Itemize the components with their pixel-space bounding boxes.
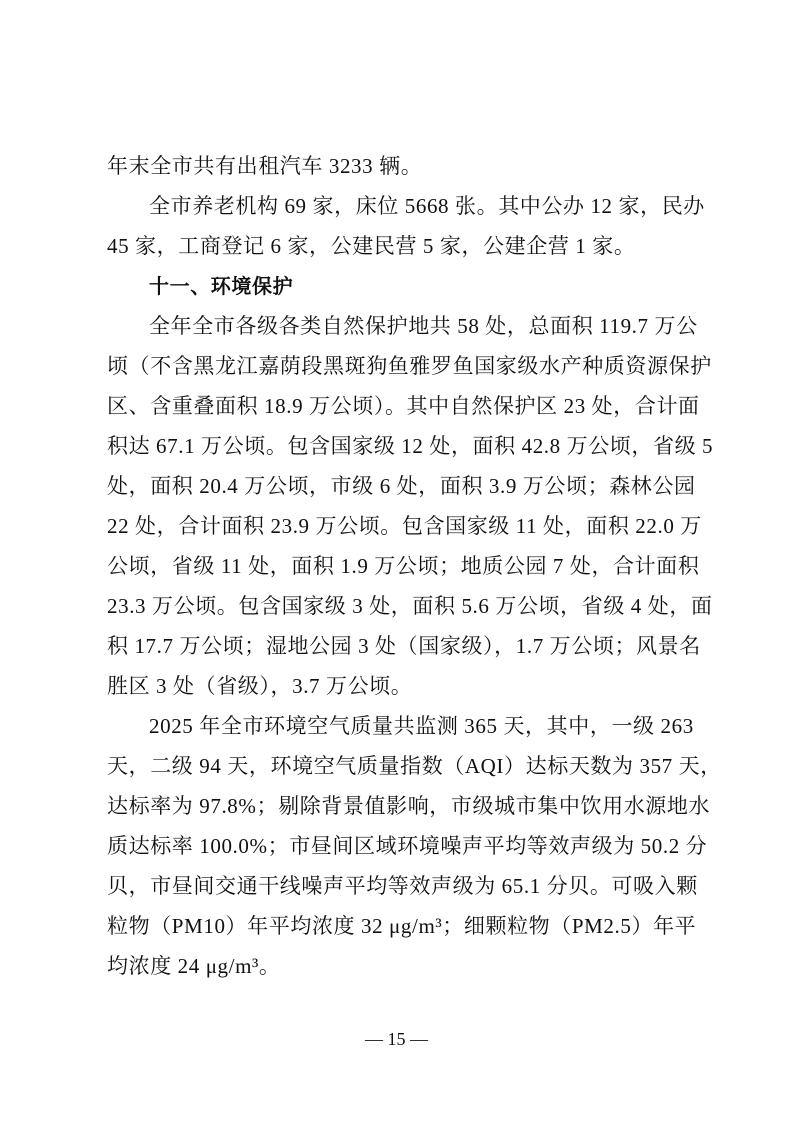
paragraph-line: 积 17.7 万公顷；湿地公园 3 处（国家级），1.7 万公顷；风景名	[107, 626, 693, 666]
paragraph-line: 处，面积 20.4 万公顷，市级 6 处，面积 3.9 万公顷；森林公园	[107, 466, 693, 506]
paragraph-line: 全年全市各级各类自然保护地共 58 处，总面积 119.7 万公	[107, 306, 693, 346]
paragraph-line: 粒物（PM10）年平均浓度 32 μg/m³；细颗粒物（PM2.5）年平	[107, 906, 693, 946]
paragraph-line: 23.3 万公顷。包含国家级 3 处，面积 5.6 万公顷，省级 4 处，面	[107, 586, 693, 626]
paragraph-line: 区、含重叠面积 18.9 万公顷）。其中自然保护区 23 处，合计面	[107, 386, 693, 426]
paragraph-line: 均浓度 24 μg/m³。	[107, 946, 693, 986]
document-page: 年末全市共有出租汽车 3233 辆。 全市养老机构 69 家，床位 5668 张…	[0, 0, 793, 1122]
paragraph-line: 2025 年全市环境空气质量共监测 365 天，其中，一级 263	[107, 706, 693, 746]
paragraph-line: 贝，市昼间交通干线噪声平均等效声级为 65.1 分贝。可吸入颗	[107, 866, 693, 906]
paragraph-line: 质达标率 100.0%；市昼间区域环境噪声平均等效声级为 50.2 分	[107, 826, 693, 866]
paragraph-line: 胜区 3 处（省级），3.7 万公顷。	[107, 666, 693, 706]
paragraph-line: 天，二级 94 天，环境空气质量指数（AQI）达标天数为 357 天，	[107, 746, 693, 786]
paragraph-line: 顷（不含黑龙江嘉荫段黑斑狗鱼雅罗鱼国家级水产种质资源保护	[107, 346, 693, 386]
page-number: — 15 —	[0, 1027, 793, 1051]
section-heading: 十一、环境保护	[107, 266, 693, 306]
paragraph-line: 45 家，工商登记 6 家，公建民营 5 家，公建企营 1 家。	[107, 226, 693, 266]
paragraph-line: 积达 67.1 万公顷。包含国家级 12 处，面积 42.8 万公顷，省级 5	[107, 426, 693, 466]
paragraph-line: 年末全市共有出租汽车 3233 辆。	[107, 146, 693, 186]
paragraph-line: 公顷，省级 11 处，面积 1.9 万公顷；地质公园 7 处，合计面积	[107, 546, 693, 586]
paragraph-line: 全市养老机构 69 家，床位 5668 张。其中公办 12 家，民办	[107, 186, 693, 226]
paragraph-line: 达标率为 97.8%；剔除背景值影响，市级城市集中饮用水源地水	[107, 786, 693, 826]
paragraph-line: 22 处，合计面积 23.9 万公顷。包含国家级 11 处，面积 22.0 万	[107, 506, 693, 546]
body-text: 年末全市共有出租汽车 3233 辆。 全市养老机构 69 家，床位 5668 张…	[107, 146, 693, 986]
